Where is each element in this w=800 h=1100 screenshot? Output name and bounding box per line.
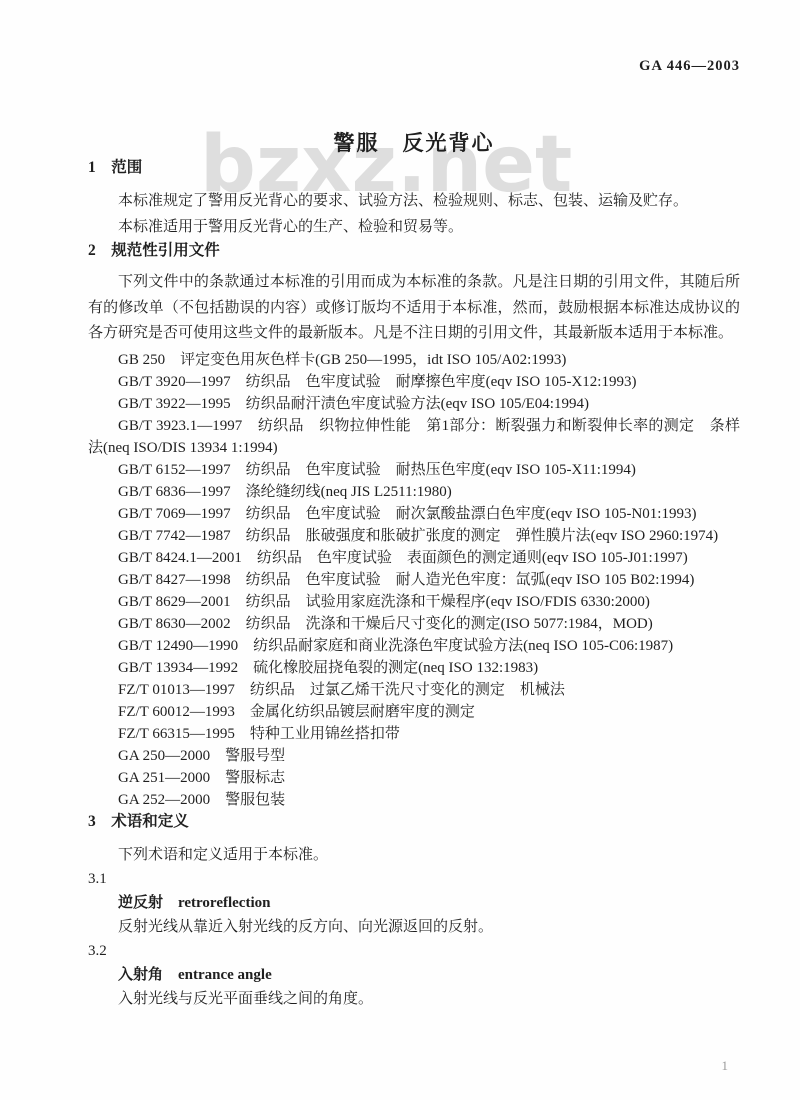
reference-item: GB/T 3920—1997 纺织品 色牢度试验 耐摩擦色牢度(eqv ISO …	[88, 371, 740, 393]
reference-item: GA 250—2000 警服号型	[88, 745, 740, 767]
reference-item: FZ/T 66315—1995 特种工业用锦丝搭扣带	[88, 723, 740, 745]
reference-item: GB/T 8629—2001 纺织品 试验用家庭洗涤和干燥程序(eqv ISO/…	[88, 591, 740, 613]
section-1-heading: 1 范围	[88, 157, 740, 179]
term-definition: 反射光线从靠近入射光线的反方向、向光源返回的反射。	[88, 915, 740, 939]
term-number: 3.2	[88, 939, 740, 963]
term-name: 入射角 entrance angle	[88, 963, 740, 987]
section-1-paragraph-1: 本标准规定了警用反光背心的要求、试验方法、检验规则、标志、包装、运输及贮存。	[88, 189, 740, 215]
reference-list: GB 250 评定变色用灰色样卡(GB 250—1995，idt ISO 105…	[88, 349, 740, 811]
document-page: bzxz.net GA 446—2003 警服 反光背心 1 范围 本标准规定了…	[0, 0, 800, 1100]
reference-item: GB/T 3922—1995 纺织品耐汗渍色牢度试验方法(eqv ISO 105…	[88, 393, 740, 415]
term-entry: 3.2 入射角 entrance angle 入射光线与反光平面垂线之间的角度。	[88, 939, 740, 1011]
section-2-heading: 2 规范性引用文件	[88, 240, 740, 262]
section-3-heading: 3 术语和定义	[88, 811, 740, 833]
reference-item: GA 251—2000 警服标志	[88, 767, 740, 789]
reference-item: GB/T 6836—1997 涤纶缝纫线(neq JIS L2511:1980)	[88, 481, 740, 503]
section-2-intro: 下列文件中的条款通过本标准的引用而成为本标准的条款。凡是注日期的引用文件，其随后…	[88, 270, 740, 347]
page-number: 1	[722, 1058, 729, 1074]
term-name: 逆反射 retroreflection	[88, 891, 740, 915]
reference-item: GB/T 12490—1990 纺织品耐家庭和商业洗涤色牢度试验方法(neq I…	[88, 635, 740, 657]
reference-item: FZ/T 60012—1993 金属化纺织品镀层耐磨牢度的测定	[88, 701, 740, 723]
reference-item: GB/T 7742—1987 纺织品 胀破强度和胀破扩张度的测定 弹性膜片法(e…	[88, 525, 740, 547]
reference-item: GB/T 8427—1998 纺织品 色牢度试验 耐人造光色牢度：氙弧(eqv …	[88, 569, 740, 591]
standard-number: GA 446—2003	[88, 0, 740, 75]
reference-item: GB/T 8630—2002 纺织品 洗涤和干燥后尺寸变化的测定(ISO 507…	[88, 613, 740, 635]
section-1-paragraph-2: 本标准适用于警用反光背心的生产、检验和贸易等。	[88, 215, 740, 241]
reference-item: GB/T 3923.1—1997 纺织品 织物拉伸性能 第1部分：断裂强力和断裂…	[88, 415, 740, 459]
terms-list: 3.1 逆反射 retroreflection 反射光线从靠近入射光线的反方向、…	[88, 867, 740, 1011]
reference-item: GB/T 7069—1997 纺织品 色牢度试验 耐次氯酸盐漂白色牢度(eqv …	[88, 503, 740, 525]
reference-item: GB/T 8424.1—2001 纺织品 色牢度试验 表面颜色的测定通则(eqv…	[88, 547, 740, 569]
section-3-intro: 下列术语和定义适用于本标准。	[88, 843, 740, 867]
term-entry: 3.1 逆反射 retroreflection 反射光线从靠近入射光线的反方向、…	[88, 867, 740, 939]
reference-item: GB/T 6152—1997 纺织品 色牢度试验 耐热压色牢度(eqv ISO …	[88, 459, 740, 481]
term-definition: 入射光线与反光平面垂线之间的角度。	[88, 987, 740, 1011]
page-content: GA 446—2003 警服 反光背心 1 范围 本标准规定了警用反光背心的要求…	[0, 0, 800, 1011]
reference-item: GB/T 13934—1992 硫化橡胶屈挠龟裂的测定(neq ISO 132:…	[88, 657, 740, 679]
term-number: 3.1	[88, 867, 740, 891]
reference-item: GA 252—2000 警服包装	[88, 789, 740, 811]
document-title: 警服 反光背心	[88, 127, 740, 157]
reference-item: FZ/T 01013—1997 纺织品 过氯乙烯干洗尺寸变化的测定 机械法	[88, 679, 740, 701]
reference-item: GB 250 评定变色用灰色样卡(GB 250—1995，idt ISO 105…	[88, 349, 740, 371]
